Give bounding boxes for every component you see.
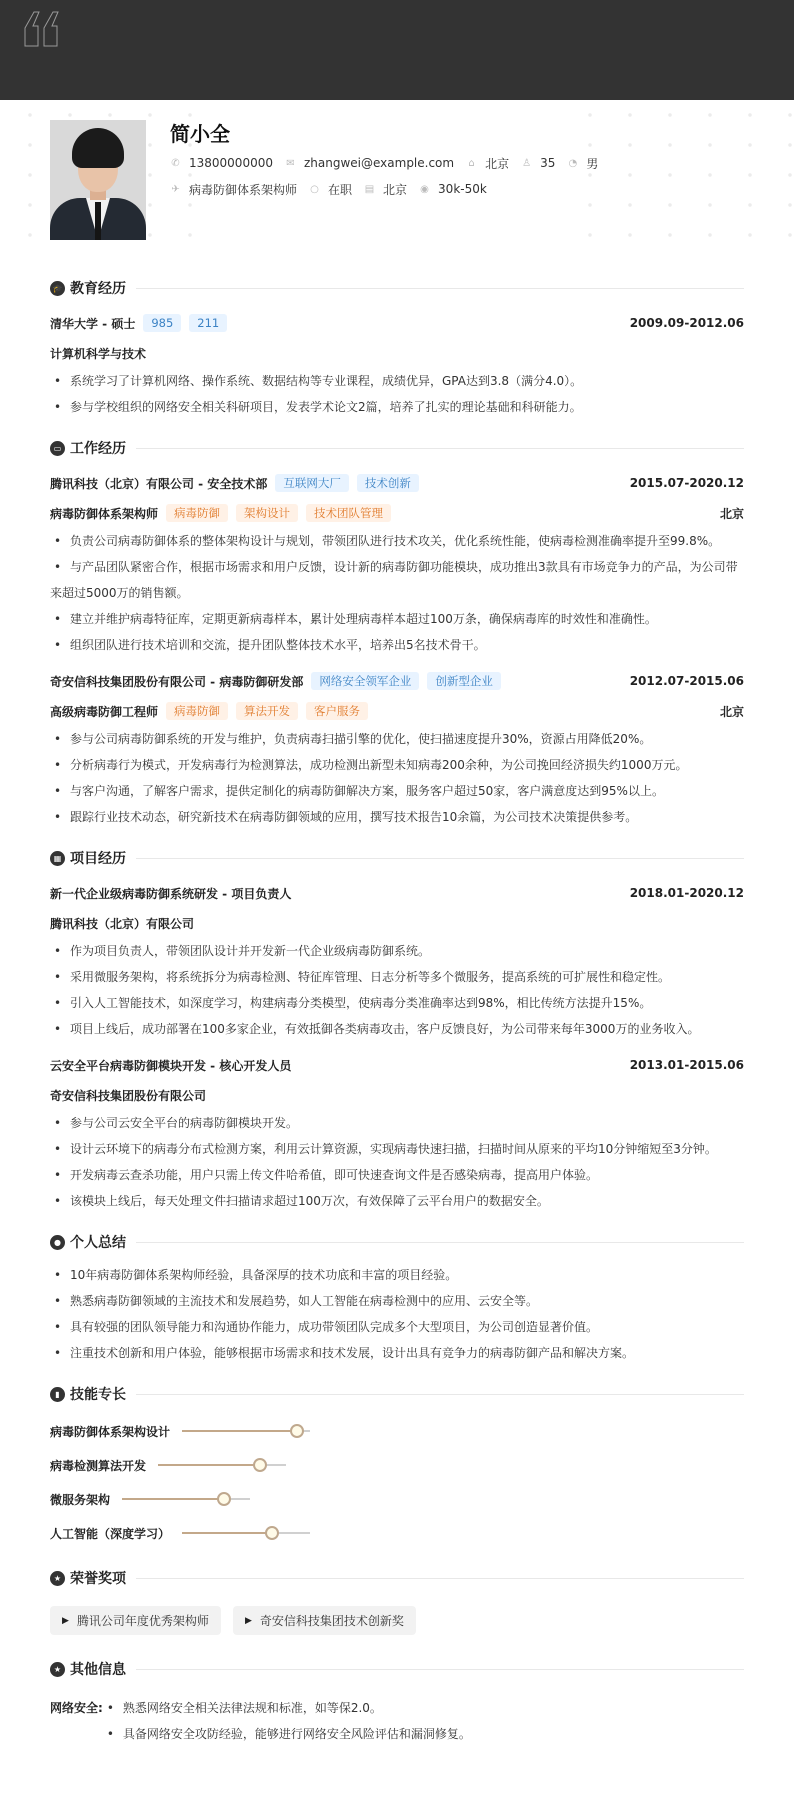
city-icon: ▤: [364, 184, 375, 195]
education-date: 2009.09-2012.06: [630, 316, 744, 330]
skills-section: ▮ 技能专长 病毒防御体系架构设计病毒检测算法开发微服务架构人工智能（深度学习）: [50, 1374, 744, 1550]
award-icon: ★: [50, 1571, 65, 1586]
list-item: 系统学习了计算机网络、操作系统、数据结构等专业课程，成绩优异，GPA达到3.8（…: [50, 368, 744, 394]
project-entry: 云安全平台病毒防御模块开发 - 核心开发人员 2013.01-2015.06 奇…: [50, 1050, 744, 1214]
section-title: 个人总结: [70, 1232, 126, 1252]
job-location: 北京: [720, 703, 744, 720]
header-band: [0, 0, 794, 100]
divider: [136, 1669, 744, 1670]
graduation-cap-icon: 🎓: [50, 281, 65, 296]
section-title: 荣誉奖项: [70, 1568, 126, 1588]
project-name: 新一代企业级病毒防御系统研发 - 项目负责人: [50, 885, 291, 902]
avatar: [50, 120, 146, 240]
home-icon: ⌂: [466, 158, 477, 169]
list-item: 项目上线后，成功部署在100多家企业，有效抵御各类病毒攻击，客户反馈良好，为公司…: [50, 1016, 744, 1042]
meta-value: 在职: [328, 181, 352, 198]
contact-row: ✆13800000000✉zhangwei@example.com⌂北京♙35◔…: [170, 150, 610, 176]
list-item: 负责公司病毒防御体系的整体架构设计与规划，带领团队进行技术攻关，优化系统性能，使…: [50, 528, 744, 554]
meta-value: 13800000000: [189, 156, 273, 170]
list-item: 作为项目负责人，带领团队设计并开发新一代企业级病毒防御系统。: [50, 938, 744, 964]
quote-icon: [22, 6, 62, 50]
project-date: 2013.01-2015.06: [630, 1058, 744, 1072]
skill-item: 病毒检测算法开发: [50, 1448, 744, 1482]
meta-value: 35: [540, 156, 555, 170]
meta-item: ◉30k-50k: [419, 182, 487, 196]
project-name: 云安全平台病毒防御模块开发 - 核心开发人员: [50, 1057, 291, 1074]
meta-item: ▤北京: [364, 181, 407, 198]
list-item: 注重技术创新和用户体验，能够根据市场需求和技术发展，设计出具有竞争力的病毒防御产…: [50, 1340, 744, 1366]
list-item: 开发病毒云查杀功能，用户只需上传文件哈希值，即可快速查询文件是否感染病毒，提高用…: [50, 1162, 744, 1188]
salary-icon: ◉: [419, 184, 430, 195]
list-item: 参与公司病毒防御系统的开发与维护，负责病毒扫描引擎的优化，使扫描速度提升30%，…: [50, 726, 744, 752]
meta-item: ✈病毒防御体系架构师: [170, 181, 297, 198]
list-item: 设计云环境下的病毒分布式检测方案，利用云计算资源，实现病毒快速扫描，扫描时间从原…: [50, 1136, 744, 1162]
divider: [136, 448, 744, 449]
list-item: 熟悉病毒防御领域的主流技术和发展趋势，如人工智能在病毒检测中的应用、云安全等。: [50, 1288, 744, 1314]
list-item: 具有较强的团队领导能力和沟通协作能力，成功带领团队完成多个大型项目，为公司创造显…: [50, 1314, 744, 1340]
email-icon: ✉: [285, 158, 296, 169]
list-item: 该模块上线后，每天处理文件扫描请求超过100万次，有效保障了云平台用户的数据安全…: [50, 1188, 744, 1214]
education-section: 🎓 教育经历 清华大学 - 硕士 985 211 2009.09-2012.06…: [50, 268, 744, 420]
meta-value: 30k-50k: [438, 182, 487, 196]
other-section: ★ 其他信息 网络安全: 熟悉网络安全相关法律法规和标准，如等保2.0。 具备网…: [50, 1649, 744, 1747]
skill-slider[interactable]: [182, 1430, 310, 1432]
skill-slider[interactable]: [122, 1498, 250, 1500]
role-tag: 病毒防御: [166, 504, 228, 522]
slider-thumb[interactable]: [290, 1424, 304, 1438]
list-item: 参与学校组织的网络安全相关科研项目，发表学术论文2篇，培养了扎实的理论基础和科研…: [50, 394, 744, 420]
info-icon: ★: [50, 1662, 65, 1677]
triangle-right-icon: ▶: [245, 1616, 252, 1626]
candidate-name: 简小全: [170, 118, 610, 150]
projects-section: ▦ 项目经历 新一代企业级病毒防御系统研发 - 项目负责人 2018.01-20…: [50, 838, 744, 1214]
awards-section: ★ 荣誉奖项 ▶ 腾讯公司年度优秀架构师 ▶ 奇安信科技集团技术创新奖: [50, 1558, 744, 1641]
skill-slider[interactable]: [158, 1464, 286, 1466]
list-item: 与客户沟通，了解客户需求，提供定制化的病毒防御解决方案，服务客户超过50家，客户…: [50, 778, 744, 804]
divider: [136, 1578, 744, 1579]
meta-value: zhangwei@example.com: [304, 156, 454, 170]
meta-value: 北京: [383, 181, 407, 198]
job-date: 2015.07-2020.12: [630, 476, 744, 490]
profile-header: 简小全 ✆13800000000✉zhangwei@example.com⌂北京…: [0, 100, 794, 260]
list-item: 组织团队进行技术培训和交流，提升团队整体技术水平，培养出5名技术骨干。: [50, 632, 744, 658]
phone-icon: ✆: [170, 158, 181, 169]
slider-thumb[interactable]: [265, 1526, 279, 1540]
skills-list: 病毒防御体系架构设计病毒检测算法开发微服务架构人工智能（深度学习）: [50, 1414, 744, 1550]
briefcase-icon: ▭: [50, 441, 65, 456]
project-date: 2018.01-2020.12: [630, 886, 744, 900]
list-item: 引入人工智能技术，如深度学习，构建病毒分类模型，使病毒分类准确率达到98%，相比…: [50, 990, 744, 1016]
gender-icon: ◔: [567, 158, 578, 169]
job-role: 病毒防御体系架构师: [50, 505, 158, 522]
section-title: 其他信息: [70, 1659, 126, 1679]
slider-thumb[interactable]: [217, 1492, 231, 1506]
company-name: 奇安信科技集团股份有限公司 - 病毒防御研发部: [50, 673, 303, 690]
skill-label: 病毒检测算法开发: [50, 1457, 146, 1474]
divider: [136, 1242, 744, 1243]
bar-chart-icon: ▮: [50, 1387, 65, 1402]
school-tag: 985: [143, 314, 181, 332]
project-company: 奇安信科技集团股份有限公司: [50, 1087, 206, 1104]
award-item: ▶ 腾讯公司年度优秀架构师: [50, 1606, 221, 1635]
school-name: 清华大学 - 硕士: [50, 315, 135, 332]
company-tag: 互联网大厂: [275, 474, 349, 492]
role-tag: 算法开发: [236, 702, 298, 720]
meta-item: ◔男: [567, 155, 598, 172]
work-section: ▭ 工作经历 腾讯科技（北京）有限公司 - 安全技术部 互联网大厂 技术创新 2…: [50, 428, 744, 830]
company-tag: 网络安全领军企业: [311, 672, 419, 690]
meta-value: 病毒防御体系架构师: [189, 181, 297, 198]
skill-slider[interactable]: [182, 1532, 310, 1534]
role-tag: 客户服务: [306, 702, 368, 720]
skill-item: 病毒防御体系架构设计: [50, 1414, 744, 1448]
job-role: 高级病毒防御工程师: [50, 703, 158, 720]
list-item: 参与公司云安全平台的病毒防御模块开发。: [50, 1110, 744, 1136]
skill-label: 微服务架构: [50, 1491, 110, 1508]
job-row: ✈病毒防御体系架构师○在职▤北京◉30k-50k: [170, 176, 610, 202]
age-icon: ♙: [521, 158, 532, 169]
position-icon: ✈: [170, 184, 181, 195]
list-item: 具备网络安全攻防经验，能够进行网络安全风险评估和漏洞修复。: [103, 1721, 471, 1747]
meta-item: ♙35: [521, 156, 555, 170]
meta-item: ⌂北京: [466, 155, 509, 172]
skill-item: 微服务架构: [50, 1482, 744, 1516]
summary-section: ● 个人总结 10年病毒防御体系架构师经验，具备深厚的技术功底和丰富的项目经验。…: [50, 1222, 744, 1366]
role-tag: 技术团队管理: [306, 504, 391, 522]
list-item: 10年病毒防御体系架构师经验，具备深厚的技术功底和丰富的项目经验。: [50, 1262, 744, 1288]
list-item: 熟悉网络安全相关法律法规和标准，如等保2.0。: [103, 1695, 471, 1721]
skill-label: 病毒防御体系架构设计: [50, 1423, 170, 1440]
award-item: ▶ 奇安信科技集团技术创新奖: [233, 1606, 416, 1635]
meta-item: ○在职: [309, 181, 352, 198]
job-entry: 奇安信科技集团股份有限公司 - 病毒防御研发部 网络安全领军企业 创新型企业 2…: [50, 666, 744, 830]
project-entry: 新一代企业级病毒防御系统研发 - 项目负责人 2018.01-2020.12 腾…: [50, 878, 744, 1042]
job-entry: 腾讯科技（北京）有限公司 - 安全技术部 互联网大厂 技术创新 2015.07-…: [50, 468, 744, 658]
role-tag: 架构设计: [236, 504, 298, 522]
list-item: 采用微服务架构，将系统拆分为病毒检测、特征库管理、日志分析等多个微服务，提高系统…: [50, 964, 744, 990]
major: 计算机科学与技术: [50, 345, 146, 362]
section-title: 技能专长: [70, 1384, 126, 1404]
list-item: 与产品团队紧密合作，根据市场需求和用户反馈，设计新的病毒防御功能模块，成功推出3…: [50, 554, 744, 606]
list-item: 跟踪行业技术动态，研究新技术在病毒防御领域的应用，撰写技术报告10余篇，为公司技…: [50, 804, 744, 830]
slider-thumb[interactable]: [253, 1458, 267, 1472]
status-icon: ○: [309, 184, 320, 195]
user-icon: ●: [50, 1235, 65, 1250]
meta-value: 北京: [485, 155, 509, 172]
other-group: 网络安全: 熟悉网络安全相关法律法规和标准，如等保2.0。 具备网络安全攻防经验…: [50, 1695, 744, 1747]
education-bullets: 系统学习了计算机网络、操作系统、数据结构等专业课程，成绩优异，GPA达到3.8（…: [50, 368, 744, 420]
skill-item: 人工智能（深度学习）: [50, 1516, 744, 1550]
list-item: 建立并维护病毒特征库，定期更新病毒样本，累计处理病毒样本超过100万条，确保病毒…: [50, 606, 744, 632]
list-item: 分析病毒行为模式，开发病毒行为检测算法，成功检测出新型未知病毒200余种，为公司…: [50, 752, 744, 778]
grid-icon: ▦: [50, 851, 65, 866]
section-title: 教育经历: [70, 278, 126, 298]
triangle-right-icon: ▶: [62, 1616, 69, 1626]
divider: [136, 1394, 744, 1395]
role-tag: 病毒防御: [166, 702, 228, 720]
company-tag: 技术创新: [357, 474, 419, 492]
divider: [136, 858, 744, 859]
school-tag: 211: [189, 314, 227, 332]
other-label: 网络安全:: [50, 1695, 103, 1747]
section-title: 工作经历: [70, 438, 126, 458]
section-title: 项目经历: [70, 848, 126, 868]
job-date: 2012.07-2015.06: [630, 674, 744, 688]
skill-label: 人工智能（深度学习）: [50, 1525, 170, 1542]
company-name: 腾讯科技（北京）有限公司 - 安全技术部: [50, 475, 267, 492]
company-tag: 创新型企业: [427, 672, 501, 690]
divider: [136, 288, 744, 289]
meta-item: ✆13800000000: [170, 156, 273, 170]
project-company: 腾讯科技（北京）有限公司: [50, 915, 194, 932]
meta-value: 男: [586, 155, 598, 172]
job-location: 北京: [720, 505, 744, 522]
meta-item: ✉zhangwei@example.com: [285, 156, 454, 170]
